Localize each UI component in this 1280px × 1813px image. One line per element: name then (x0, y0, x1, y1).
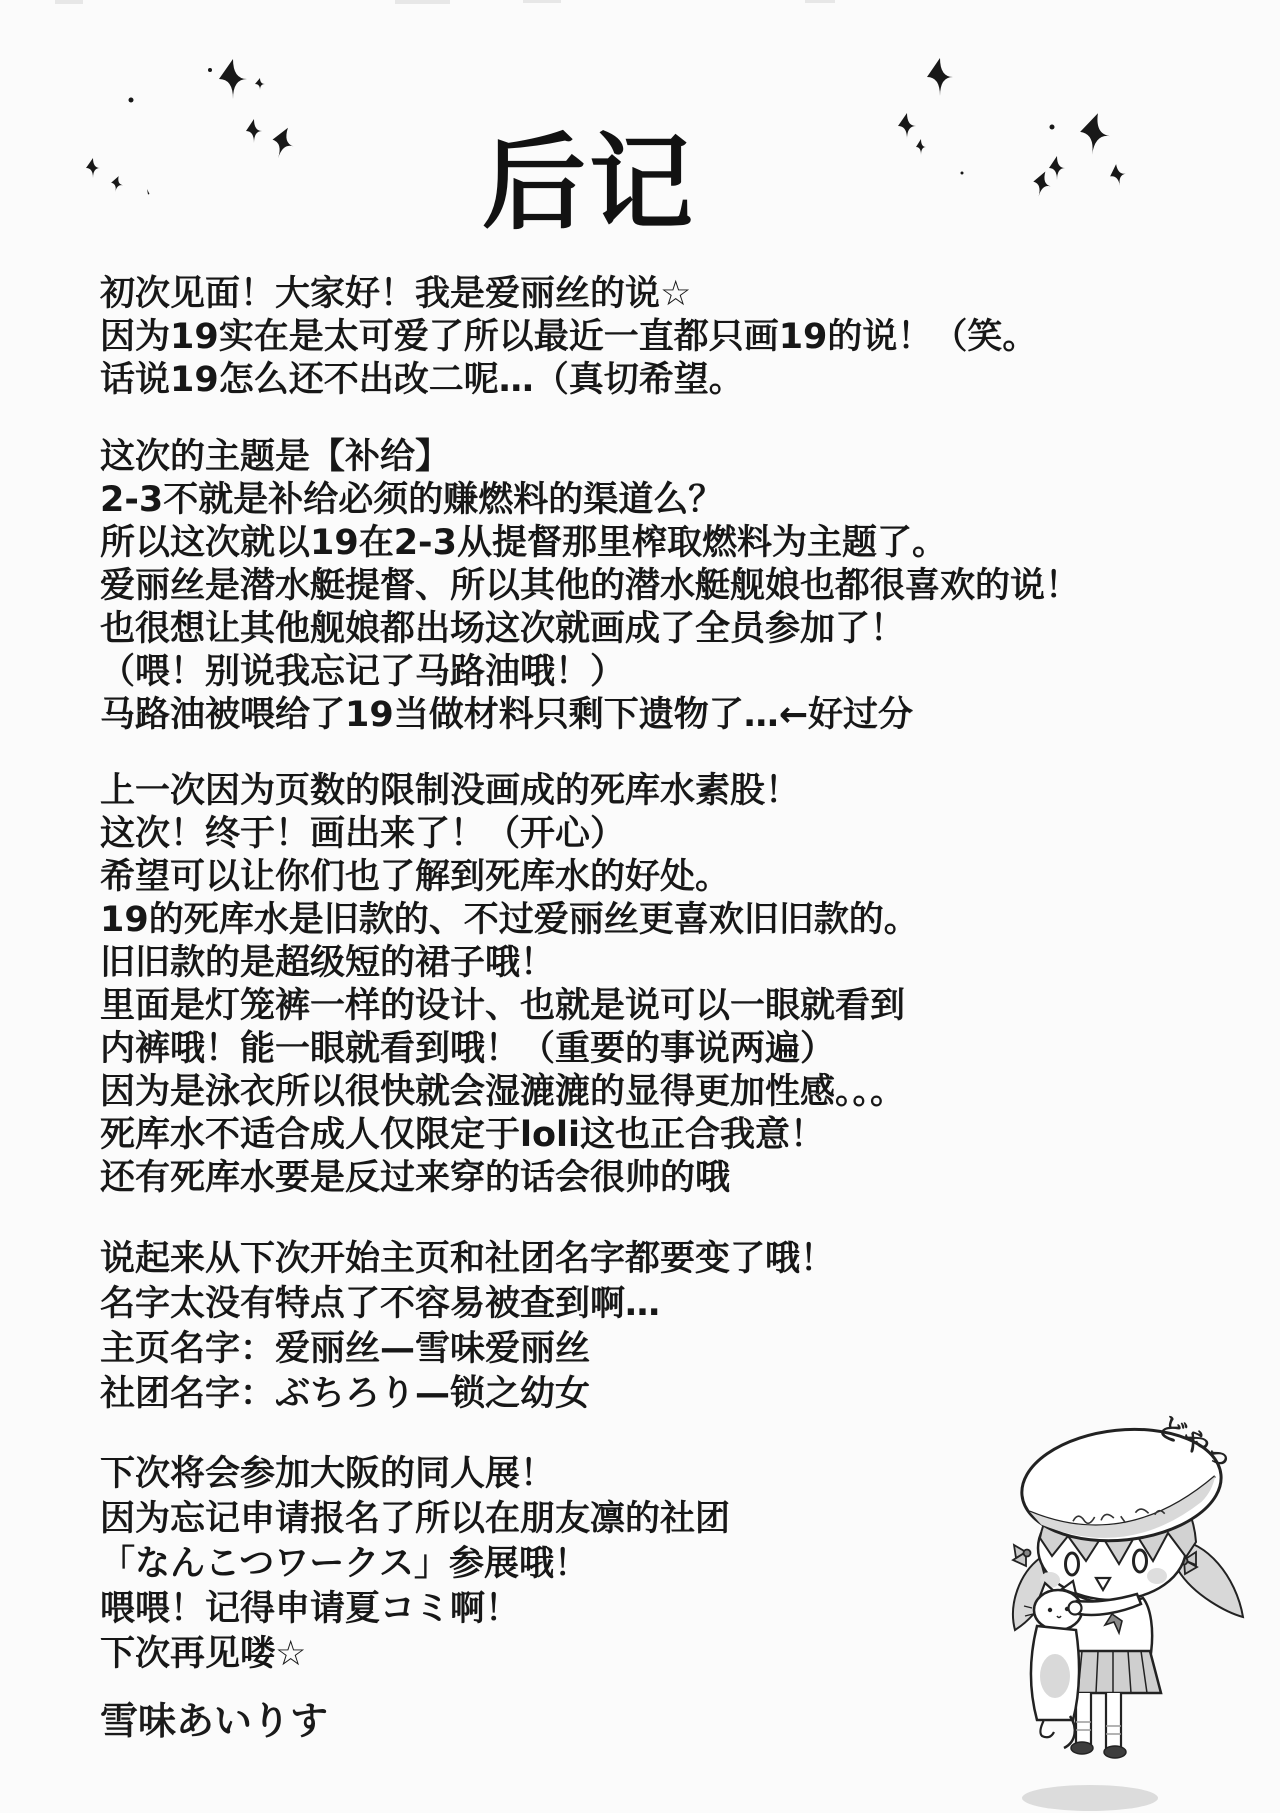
sparkle-icon (246, 119, 262, 143)
text-line: 因为忘记申请报名了所以在朋友凛的社团 (100, 1497, 730, 1542)
text-line: 希望可以让你们也了解到死库水的好处。 (100, 856, 919, 899)
artist-signature: 雪味あいりす (100, 1690, 328, 1745)
paragraph: 这次的主题是【补给】 2-3不就是补给必须的赚燃料的渠道么？ 所以这次就以19在… (100, 436, 1080, 737)
shoe-left (1071, 1742, 1093, 1754)
sparkles-right (880, 50, 1160, 200)
text-line: 「なんこつワークス」参展哦！ (100, 1542, 730, 1587)
text-line: 19的死库水是旧款的、不过爱丽丝更喜欢旧旧款的。 (100, 899, 919, 942)
text-line: 也很想让其他舰娘都出场这次就画成了全员参加了！ (100, 608, 1080, 651)
text-line: 里面是灯笼裤一样的设计、也就是说可以一眼就看到 (100, 985, 919, 1028)
sparkle-icon (147, 189, 150, 195)
sparkle-icon (1030, 169, 1054, 199)
text-line: 所以这次就以19在2-3从提督那里榨取燃料为主题了。 (100, 522, 1080, 565)
shoe-right (1104, 1746, 1126, 1758)
sparkle-icon (86, 158, 100, 178)
sparkle-icon (916, 139, 926, 155)
text-line: 旧旧款的是超级短的裙子哦！ (100, 942, 919, 985)
afterword-page: 后记 初次见面！大家好！我是爱丽丝的说☆ 因为19实在是太可爱了所以最近一直都只… (0, 0, 1280, 1813)
scan-artifact (523, 0, 561, 3)
text-line: 还有死库水要是反过来穿的话会很帅的哦 (100, 1157, 919, 1200)
sparkle-icon (109, 175, 124, 193)
text-line: 上一次因为页数的限制没画成的死库水素股！ (100, 770, 919, 813)
eye-left (1066, 1553, 1079, 1575)
sparkle-icon (961, 172, 964, 175)
hand (1069, 1602, 1082, 1615)
sparkle-icon (1108, 163, 1128, 187)
scan-artifact (55, 0, 83, 4)
sparkle-icon (208, 68, 212, 72)
sparkle-icon (927, 58, 953, 96)
text-line: 名字太没有特点了不容易被查到啊… (100, 1282, 835, 1327)
paragraph: 上一次因为页数的限制没画成的死库水素股！ 这次！终于！画出来了！（开心） 希望可… (100, 770, 919, 1200)
text-line: 内裤哦！能一眼就看到哦！（重要的事说两遍） (100, 1028, 919, 1071)
text-line: 喂喂！记得申请夏コミ啊！ (100, 1587, 730, 1632)
ground-shadow (1022, 1785, 1158, 1811)
scan-artifact (395, 0, 450, 4)
paragraph: 初次见面！大家好！我是爱丽丝的说☆ 因为19实在是太可爱了所以最近一直都只画19… (100, 273, 1037, 402)
text-line: 马路油被喂给了19当做材料只剩下遗物了…←好过分 (100, 694, 1080, 737)
sparkle-icon (268, 124, 299, 161)
text-line: 因为19实在是太可爱了所以最近一直都只画19的说！（笑。 (100, 316, 1037, 359)
text-line: 社团名字：ぶちろり—锁之幼女 (100, 1372, 835, 1417)
text-line: 主页名字：爱丽丝—雪味爱丽丝 (100, 1327, 835, 1372)
text-line: 这次的主题是【补给】 (100, 436, 1080, 479)
sparkles-left (60, 55, 320, 205)
text-line: 2-3不就是补给必须的赚燃料的渠道么？ (100, 479, 1080, 522)
text-line: 下次再见喽☆ (100, 1632, 730, 1677)
text-line: 说起来从下次开始主页和社团名字都要变了哦！ (100, 1237, 835, 1282)
text-line: 这次！终于！画出来了！（开心） (100, 813, 919, 856)
sparkle-icon (129, 98, 134, 103)
hair-bow-left (1013, 1545, 1031, 1566)
sparkle-icon (219, 59, 247, 99)
text-line: 死库水不适合成人仅限定于loli这也正合我意！ (100, 1114, 919, 1157)
text-line: 初次见面！大家好！我是爱丽丝的说☆ (100, 273, 1037, 316)
text-line: 爱丽丝是潜水艇提督、所以其他的潜水艇舰娘也都很喜欢的说！ (100, 565, 1080, 608)
text-line: 因为是泳衣所以很快就会湿漉漉的显得更加性感。。。 (100, 1071, 919, 1114)
sparkle-icon (1077, 111, 1113, 157)
chibi-illustration: どやっ (1000, 1390, 1280, 1813)
sparkle-icon (1050, 125, 1055, 130)
legs (1071, 1693, 1126, 1758)
scan-artifact (805, 0, 835, 3)
sparkle-icon (255, 78, 265, 90)
text-line: 下次将会参加大阪的同人展！ (100, 1452, 730, 1497)
paragraph: 说起来从下次开始主页和社团名字都要变了哦！ 名字太没有特点了不容易被查到啊… 主… (100, 1237, 835, 1417)
text-line: （喂！别说我忘记了马路油哦！） (100, 651, 1080, 694)
blush-right (1147, 1568, 1167, 1584)
sparkle-icon (898, 113, 916, 139)
page-title: 后记 (482, 126, 696, 240)
eye-right (1134, 1550, 1147, 1572)
sparkle-icon (1049, 156, 1065, 180)
paragraph: 下次将会参加大阪的同人展！ 因为忘记申请报名了所以在朋友凛的社团 「なんこつワー… (100, 1452, 730, 1677)
text-line: 话说19怎么还不出改二呢…（真切希望。 (100, 359, 1037, 402)
